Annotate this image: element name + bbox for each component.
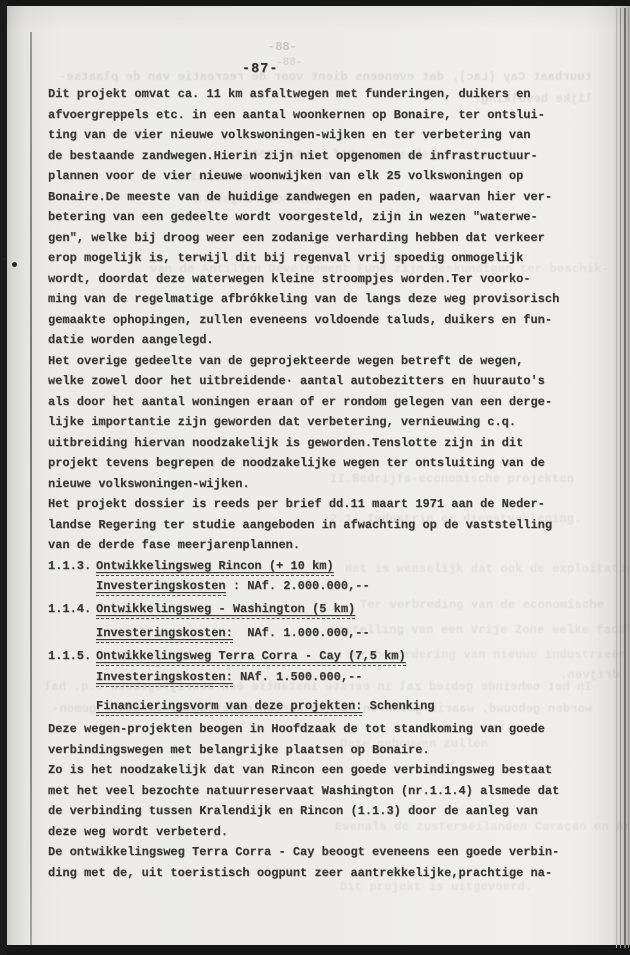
scan-edge-top — [0, 0, 630, 6]
text-line: Het projekt dossier is reeds per brief d… — [48, 494, 596, 515]
text-line: erop mogelijk is, terwijl dit bij regenv… — [48, 248, 596, 269]
text-line: Zo is het noodzakelijk dat van Rincon ee… — [48, 760, 596, 781]
label-value: NAf. 1.500.000,-- — [233, 670, 363, 684]
text-line: De ontwikkelingsweg Terra Corra - Cay be… — [48, 842, 596, 863]
scanned-page: -88- -88- tuurbaat Cay (Lac), dat evenee… — [0, 0, 630, 955]
text-line: welke zowel door het uitbreidende· aanta… — [48, 371, 596, 392]
ghost-page-number: -88- — [268, 40, 297, 54]
section-number: 1.1.5. — [48, 646, 96, 667]
text-line: Deze wegen-projekten beogen in Hoofdzaak… — [48, 719, 596, 740]
text-line: afvoergreppels etc. in een aantal woonke… — [48, 105, 596, 126]
text-line: wordt, doordat deze waterwegen kleine st… — [48, 269, 596, 290]
text-line: met het veel bezochte natuurreservaat Wa… — [48, 781, 596, 802]
investment-line: Investeringskosten: NAf. 1.500.000,-- — [48, 667, 596, 688]
underlined-label: Investeringskosten: — [96, 670, 233, 687]
scan-edge-left — [0, 0, 7, 955]
text-line: nieuwe volkswoningen-wijken. — [48, 474, 596, 495]
label-value: Schenking — [362, 699, 434, 713]
text-line: de verbinding tussen Kralendijk en Rinco… — [48, 801, 596, 822]
text-line: ding met de, uit toeristisch oogpunt zee… — [48, 863, 596, 884]
scan-edge-bottom — [0, 945, 630, 955]
text-line: Het overige gedeelte van de geprojekteer… — [48, 351, 596, 372]
text-line: landse Regering ter studie aangeboden in… — [48, 515, 596, 536]
ink-speck — [2, 258, 6, 261]
label-value: : NAf. 2.000.000,-- — [226, 579, 370, 593]
text-line: Dit projekt omvat ca. 11 km asfaltwegen … — [48, 84, 596, 105]
page-stack-edge — [628, 8, 629, 948]
page-stack-edge — [616, 8, 617, 948]
page-stack-edge — [624, 8, 626, 948]
text-line: plannen voor de vier nieuwe woonwijken v… — [48, 166, 596, 187]
section-heading-line: 1.1.4.Ontwikkelingsweg - Washington (5 k… — [48, 599, 596, 620]
investment-line: Investeringskosten : NAf. 2.000.000,-- — [48, 576, 596, 597]
underlined-label: Financieringsvorm van deze projekten: — [96, 699, 362, 716]
section-number: 1.1.4. — [48, 599, 96, 620]
text-line: ming van de regelmatige afbrókkeling van… — [48, 289, 596, 310]
text-line: de bestaande zandwegen.Hierin zijn niet … — [48, 146, 596, 167]
section-heading: Ontwikkelingsweg - Washington (5 km) — [96, 602, 355, 619]
text-line: Bonaire.De meeste van de huidige zandweg… — [48, 187, 596, 208]
underlined-label: Investeringskosten: — [96, 626, 233, 643]
section-heading: Ontwikkelingsweg Terra Corra - Cay (7,5 … — [96, 649, 406, 666]
page-fold-line — [30, 32, 32, 945]
text-line: ting van de vier nieuwe volkswoningen-wi… — [48, 125, 596, 146]
text-line: uitbreiding hiervan noodzakelijk is gewo… — [48, 433, 596, 454]
text-line: gemaakte ophopingen, zullen eveneens vol… — [48, 310, 596, 331]
text-line: gen", welke bij droog weer een zodanige … — [48, 228, 596, 249]
label-value: NAf. 1.000.000,-- — [233, 626, 370, 640]
investment-line: Financieringsvorm van deze projekten: Sc… — [48, 696, 596, 717]
ghost-page-number-2: -88- — [276, 57, 302, 69]
ink-speck — [12, 262, 17, 267]
page-number: -87- — [242, 62, 278, 77]
text-line: datie worden aangelegd. — [48, 330, 596, 351]
text-line: van de derde fase meerjarenplannen. — [48, 535, 596, 556]
text-line: projekt tevens begrepen de noodzakelijke… — [48, 453, 596, 474]
typewritten-text-block: Dit projekt omvat ca. 11 km asfaltwegen … — [48, 84, 596, 883]
section-heading: Ontwikkelingsweg Rincon (+ 10 km) — [96, 559, 334, 576]
page-stack-edge — [620, 8, 621, 948]
text-line: als door het aantal woningen eraan of er… — [48, 392, 596, 413]
text-line: lijke importantie zijn geworden dat verb… — [48, 412, 596, 433]
investment-line: Investeringskosten: NAf. 1.000.000,-- — [48, 623, 596, 644]
section-heading-line: 1.1.3.Ontwikkelingsweg Rincon (+ 10 km) — [48, 556, 596, 577]
ghost-text-line: tuurbaat Cay (Lac), dat eveneens dient v… — [59, 70, 592, 84]
text-line: betering van een gedeelte wordt voorgest… — [48, 207, 596, 228]
text-line: verbindingswegen met belangrijke plaatse… — [48, 740, 596, 761]
underlined-label: Investeringskosten — [96, 579, 226, 596]
section-heading-line: 1.1.5.Ontwikkelingsweg Terra Corra - Cay… — [48, 646, 596, 667]
text-line: deze weg wordt verbeterd. — [48, 822, 596, 843]
section-number: 1.1.3. — [48, 556, 96, 577]
